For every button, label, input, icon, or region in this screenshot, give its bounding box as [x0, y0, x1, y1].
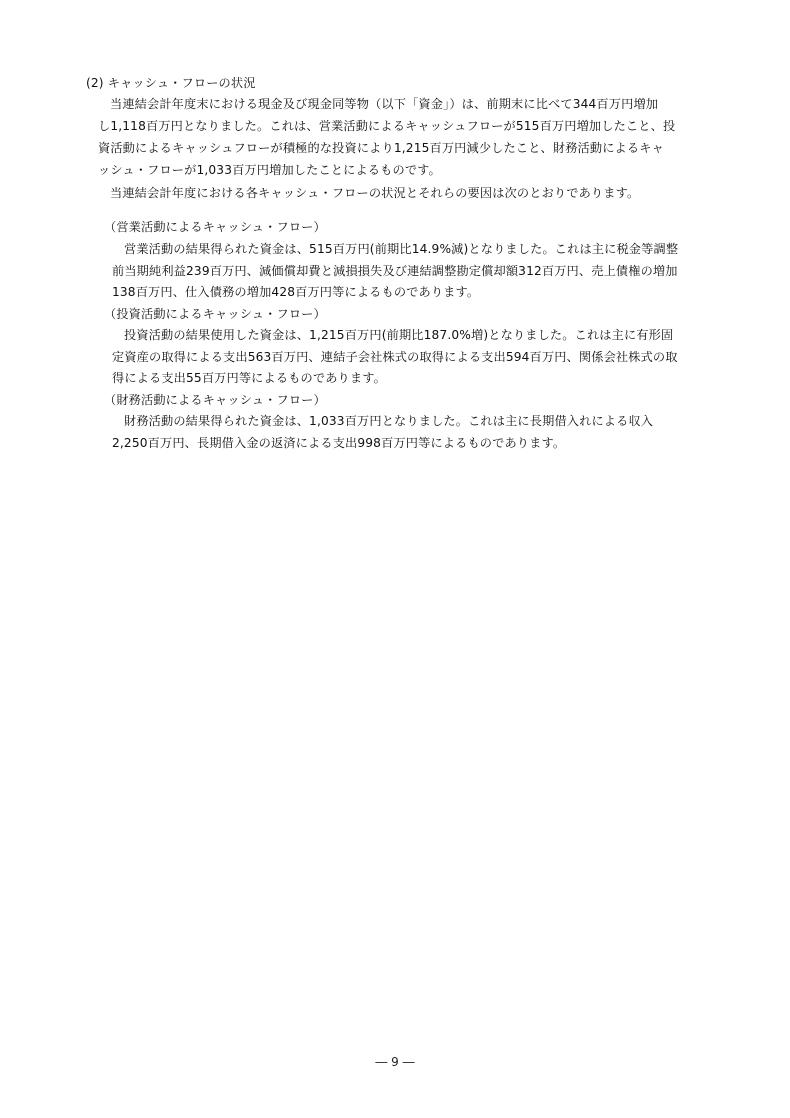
- section-heading: (2) キャッシュ・フローの状況: [86, 76, 256, 90]
- investing-line-3: 得による支出55百万円等によるものであります。: [112, 371, 386, 385]
- document-page: (2) キャッシュ・フローの状況 当連結会計年度末における現金及び現金同等物（以…: [0, 0, 790, 1118]
- summary-line: 当連結会計年度における各キャッシュ・フローの状況とそれらの要因は次のとおりであり…: [110, 186, 639, 200]
- operating-line-1: 営業活動の結果得られた資金は、515百万円(前期比14.9%減)となりました。こ…: [124, 242, 678, 256]
- intro-line-4: ッシュ・フローが1,033百万円増加したことによるものです。: [98, 163, 441, 177]
- page-number: ― 9 ―: [0, 1055, 790, 1069]
- investing-line-2: 定資産の取得による支出563百万円、連結子会社株式の取得による支出594百万円、…: [112, 350, 678, 364]
- intro-line-1: 当連結会計年度末における現金及び現金同等物（以下「資金」）は、前期末に比べて34…: [110, 97, 658, 111]
- subsection-title-investing: （投資活動によるキャッシュ・フロー）: [104, 307, 326, 321]
- investing-line-1: 投資活動の結果使用した資金は、1,215百万円(前期比187.0%増)となりまし…: [124, 328, 673, 342]
- intro-line-2: し1,118百万円となりました。これは、営業活動によるキャッシュフローが515百…: [98, 119, 675, 133]
- subsection-title-financing: （財務活動によるキャッシュ・フロー）: [104, 393, 326, 407]
- operating-line-3: 138百万円、仕入債務の増加428百万円等によるものであります。: [112, 285, 479, 299]
- intro-line-3: 資活動によるキャッシュフローが積極的な投資により1,215百万円減少したこと、財…: [98, 141, 664, 155]
- financing-line-2: 2,250百万円、長期借入金の返済による支出998百万円等によるものであります。: [112, 436, 565, 450]
- subsection-title-operating: （営業活動によるキャッシュ・フロー）: [104, 220, 326, 234]
- operating-line-2: 前当期純利益239百万円、減価償却費と減損損失及び連結調整勘定償却額312百万円…: [112, 264, 678, 278]
- financing-line-1: 財務活動の結果得られた資金は、1,033百万円となりました。これは主に長期借入れ…: [124, 414, 653, 428]
